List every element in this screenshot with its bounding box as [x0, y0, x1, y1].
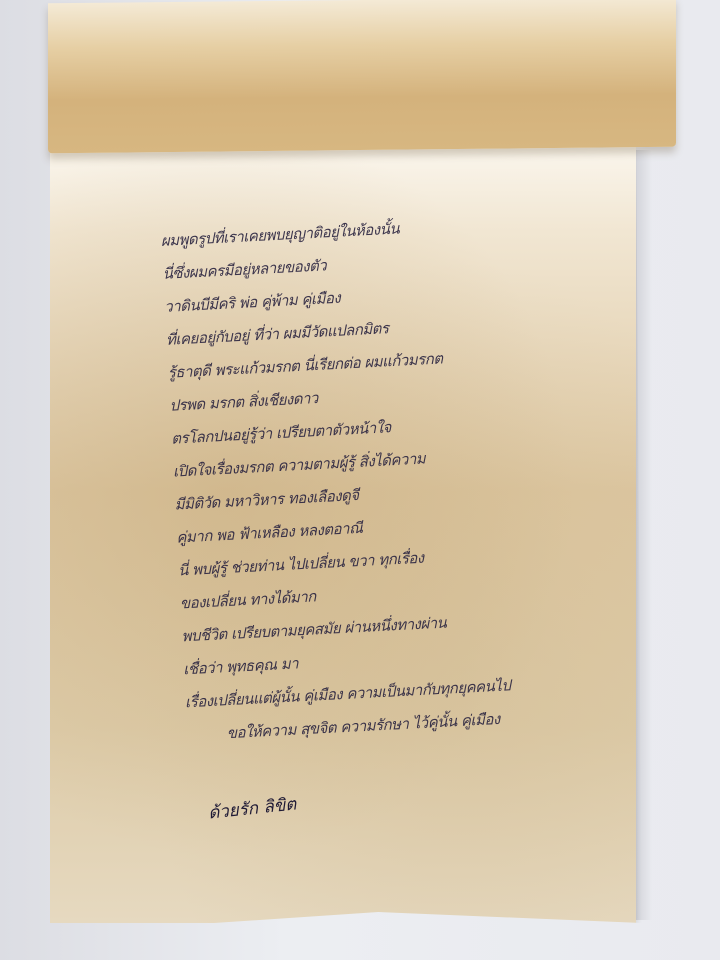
handwritten-letter-body: ผมพูดรูปที่เราเคยพบยุญาติอยู่ในห้องนั้น …	[160, 201, 637, 752]
folded-back-page	[48, 0, 676, 153]
